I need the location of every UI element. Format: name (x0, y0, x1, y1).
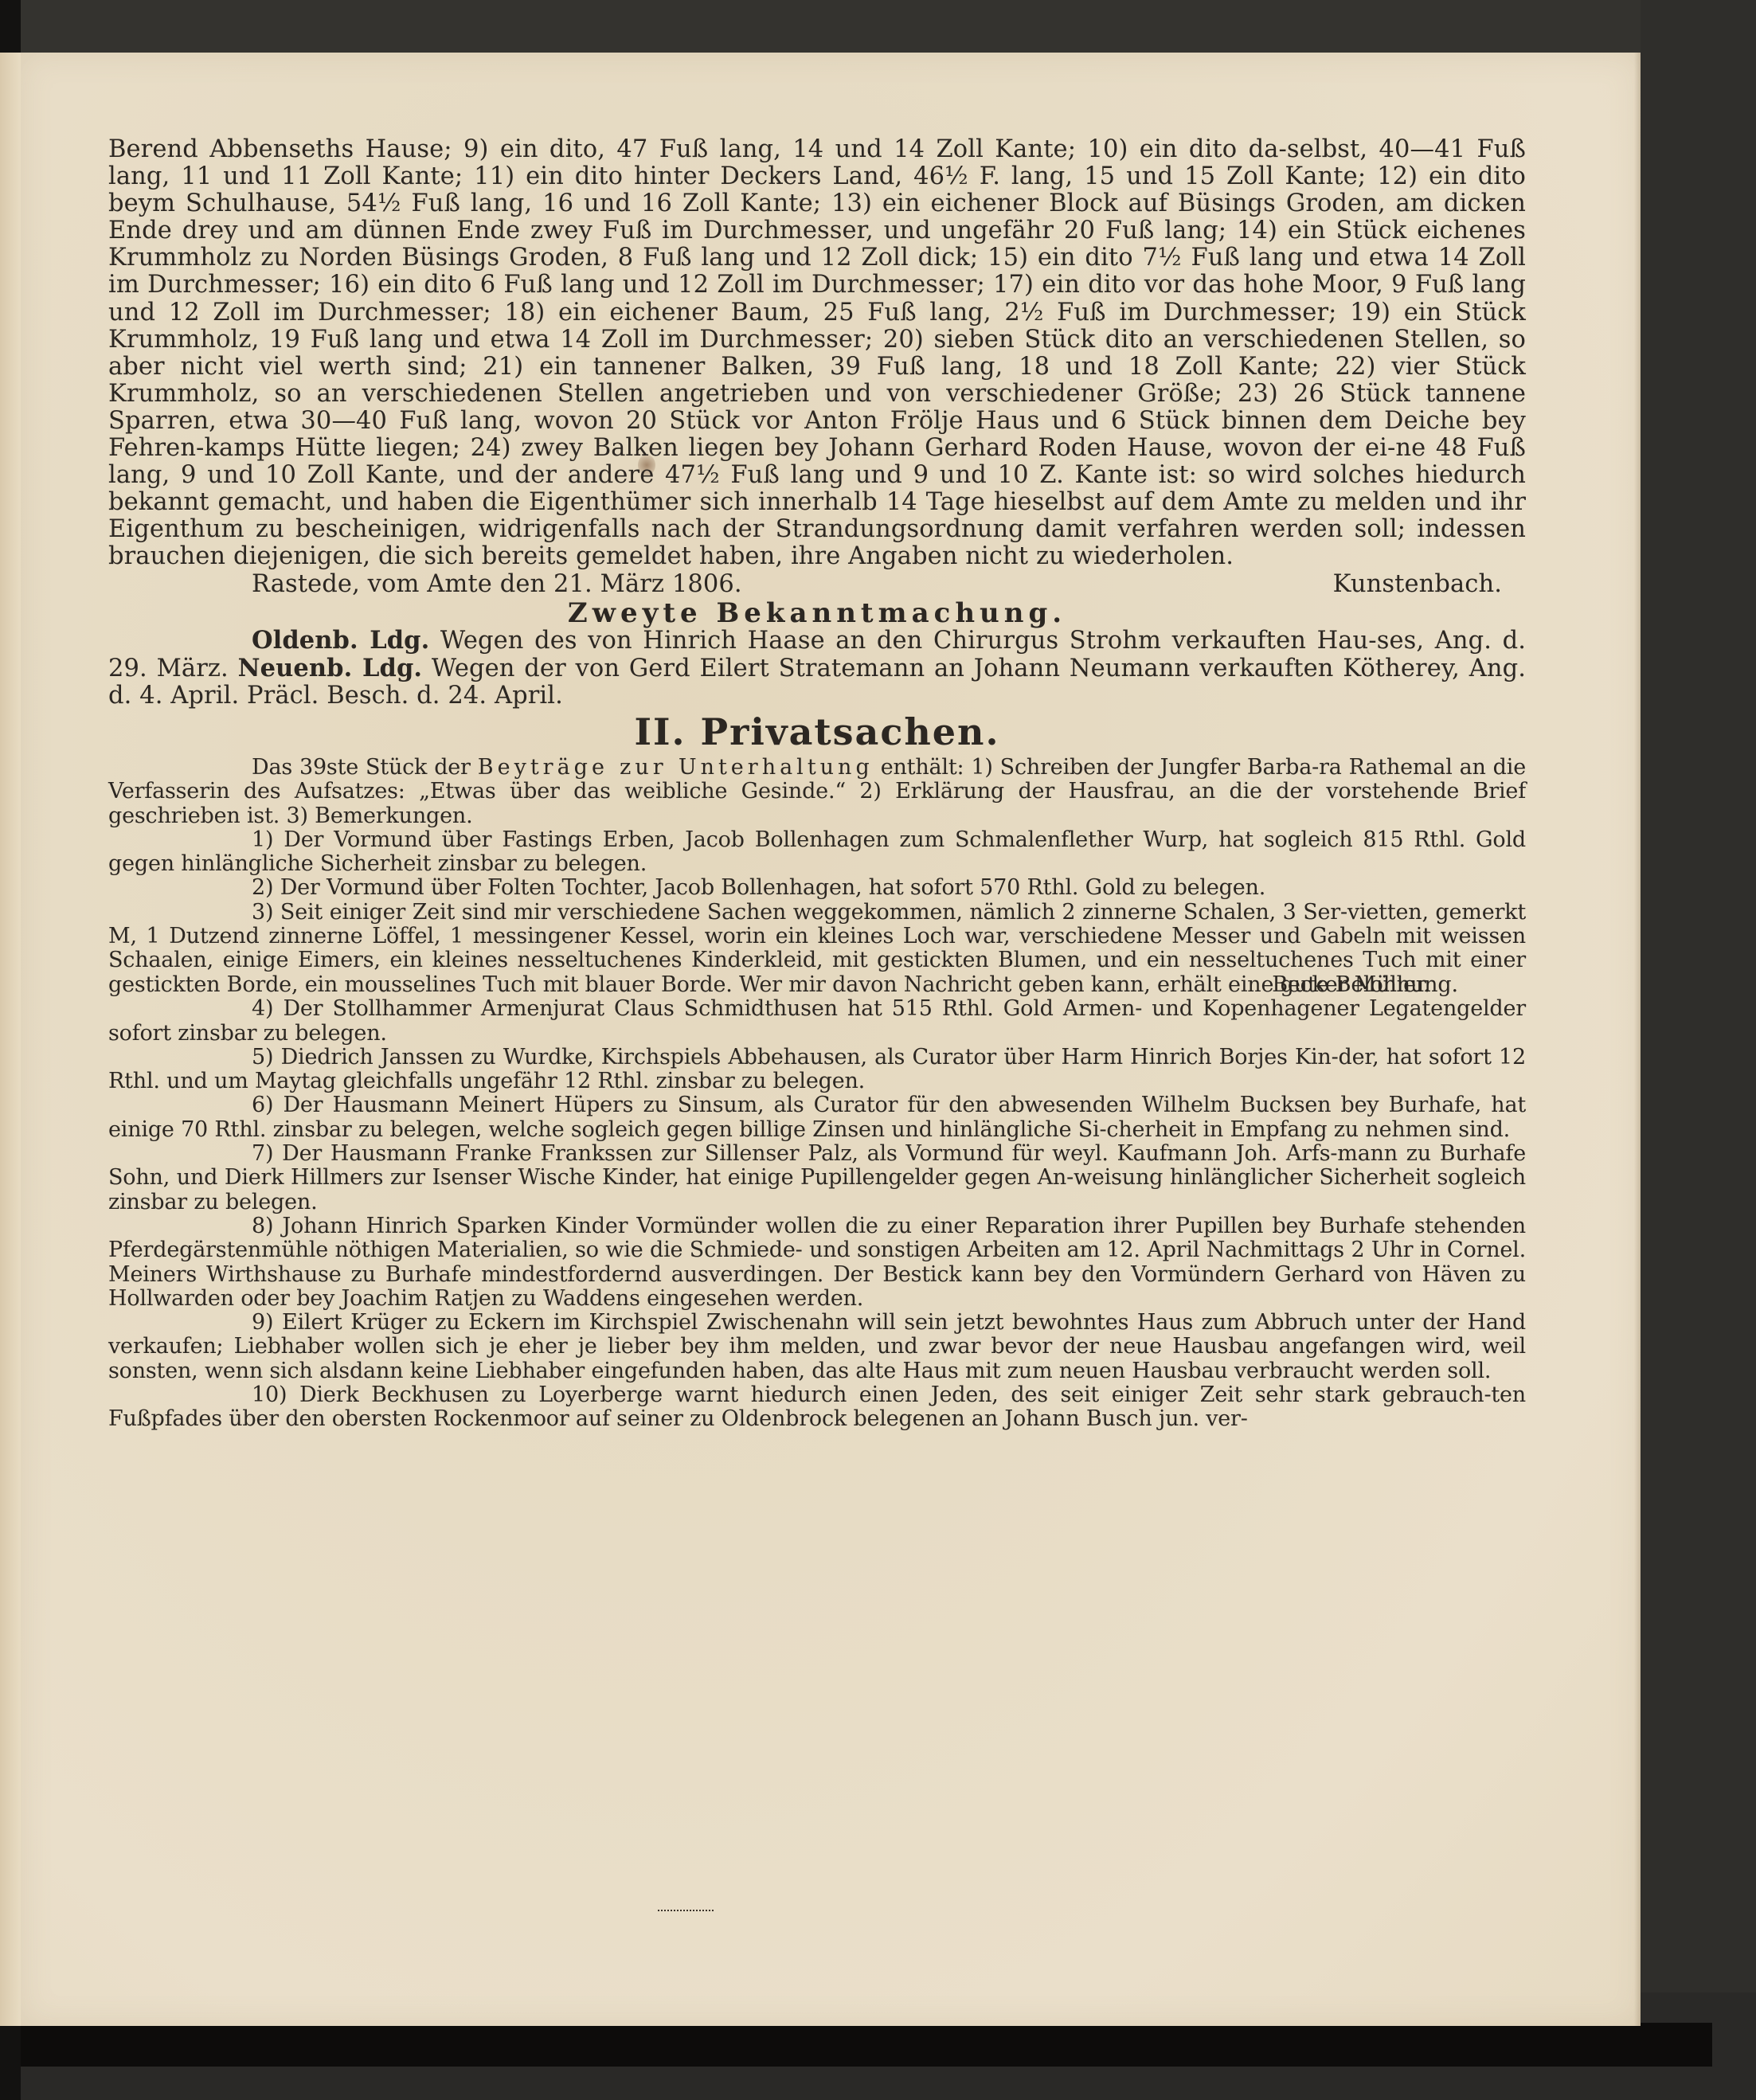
document-page: Berend Abbenseths Hause; 9) ein dito, 47… (21, 53, 1641, 2026)
notice-continuation-paragraph: Berend Abbenseths Hause; 9) ein dito, 47… (108, 136, 1526, 571)
notice-place-date: Rastede, vom Amte den 21. März 1806. (252, 571, 742, 598)
private-notice-7: 7) Der Hausmann Franke Frankssen zur Sil… (108, 1142, 1526, 1214)
page-shadow (0, 2023, 1712, 2067)
intro-publication-title: Beyträge zur Unterhaltung (478, 755, 874, 780)
private-notices: Das 39ste Stück der Beyträge zur Unterha… (108, 756, 1526, 1432)
scan-background-right (1641, 0, 1756, 2100)
second-notice-entry-2-label: Neuenb. Ldg. (238, 654, 423, 682)
section-heading-privatsachen: II. Privatsachen. (108, 711, 1526, 753)
private-notice-10: 10) Dierk Beckhusen zu Loyerberge warnt … (108, 1383, 1526, 1432)
scan-background-top (0, 0, 1756, 53)
private-notice-5: 5) Diedrich Janssen zu Wurdke, Kirchspie… (108, 1046, 1526, 1094)
intro-lead: Das 39ste Stück der (252, 755, 471, 780)
notice-signature-line: Rastede, vom Amte den 21. März 1806. Kun… (108, 571, 1526, 598)
private-notice-2: 2) Der Vormund über Folten Tochter, Jaco… (108, 876, 1526, 900)
notice-signature: Kunstenbach. (1333, 571, 1502, 598)
private-notice-8: 8) Johann Hinrich Sparken Kinder Vormünd… (108, 1214, 1526, 1311)
private-notice-6: 6) Der Hausmann Meinert Hüpers zu Sinsum… (108, 1093, 1526, 1142)
page-text: Berend Abbenseths Hause; 9) ein dito, 47… (108, 136, 1526, 1432)
second-notice-entries: Oldenb. Ldg. Wegen des von Hinrich Haase… (108, 627, 1526, 710)
second-notice-entry-1-label: Oldenb. Ldg. (252, 626, 429, 655)
private-notice-9: 9) Eilert Krüger zu Eckern im Kirchspiel… (108, 1311, 1526, 1383)
private-notice-intro: Das 39ste Stück der Beyträge zur Unterha… (108, 756, 1526, 828)
catchword-mark (658, 1910, 714, 1914)
second-notice-heading: Zweyte Bekanntmachung. (108, 600, 1526, 627)
private-notice-1: 1) Der Vormund über Fastings Erben, Jaco… (108, 828, 1526, 877)
private-notice-4: 4) Der Stollhammer Armenjurat Claus Schm… (108, 997, 1526, 1046)
facing-page-edge (0, 53, 22, 2026)
